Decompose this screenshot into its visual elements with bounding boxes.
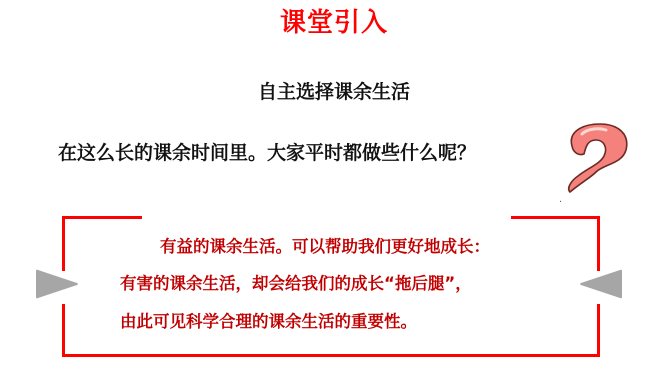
callout-line-3: 由此可见科学合理的课余生活的重要性。: [120, 311, 417, 333]
frame-left-lower: [62, 304, 65, 357]
frame-bottom: [62, 354, 600, 357]
frame-top-left: [62, 216, 142, 219]
question-text: 在这么长的课余时间里。大家平时都做些什么呢？: [58, 139, 476, 167]
frame-right-lower: [597, 304, 600, 357]
question-mark-icon: [560, 118, 640, 202]
slide-title: 课堂引入: [0, 6, 668, 40]
frame-left-upper: [62, 216, 65, 271]
slide-subtitle: 自主选择课余生活: [0, 78, 668, 106]
callout-line-2: 有害的课余生活，却会给我们的成长“拖后腿”，: [120, 273, 472, 295]
callout-line-1: 有益的课余生活。可以帮助我们更好地成长：: [160, 236, 490, 258]
arrow-left-icon: [579, 269, 623, 299]
frame-right-upper: [597, 216, 600, 271]
frame-top-right: [511, 216, 600, 219]
arrow-right-icon: [35, 269, 79, 299]
